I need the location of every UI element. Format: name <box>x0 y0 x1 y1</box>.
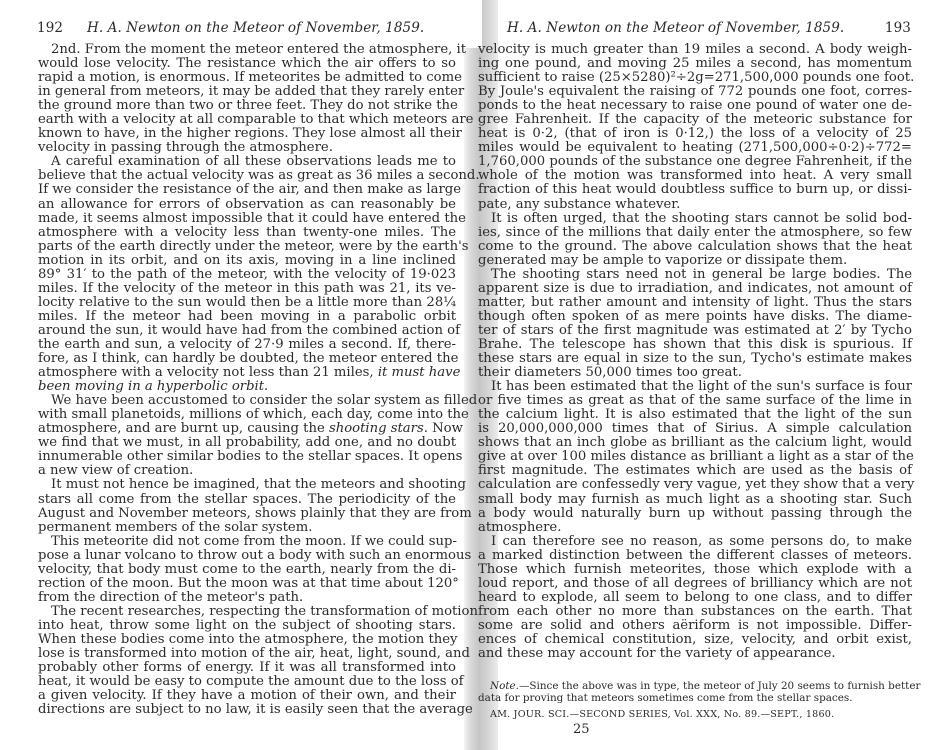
page-number: 193 <box>885 20 911 36</box>
paragraph: This meteorite did not come from the moo… <box>38 535 456 605</box>
text-line: small body may furnish as much light as … <box>478 493 912 507</box>
paragraph: I can therefore see no reason, as some p… <box>478 535 912 661</box>
text-line: in general from meteors, it may be added… <box>38 85 456 99</box>
text-line: rapid a motion, is enormous. If meteorit… <box>38 71 456 85</box>
text-line: atmosphere, and are burnt up, causing th… <box>38 422 456 436</box>
text-line: and these may account for the variety of… <box>478 647 912 661</box>
text-line: probably other forms of energy. If it wa… <box>38 661 456 675</box>
paragraph: It must not hence be imagined, that the … <box>38 478 456 534</box>
text-line: miles would be equivalent to heating (27… <box>478 141 912 155</box>
text-line: It is often urged, that the shooting sta… <box>478 212 912 226</box>
text-line: known to have, in the higher regions. Th… <box>38 127 456 141</box>
text-line: come to the ground. The above calculatio… <box>478 240 912 254</box>
text-line: parts of the earth directly under the me… <box>38 240 456 254</box>
text-line: By Joule's equivalent the raising of 772… <box>478 85 912 99</box>
text-line: the earth and sun, a velocity of 27·9 mi… <box>38 338 456 352</box>
paragraph: It is often urged, that the shooting sta… <box>478 212 912 268</box>
text-line: stars all come from the stellar spaces. … <box>38 493 456 507</box>
text-line: into heat, throw some light on the subje… <box>38 619 456 633</box>
text-line: sufficient to raise (25×5280)²÷2g=271,50… <box>478 71 912 85</box>
text-line: ponds to the heat necessary to raise one… <box>478 99 912 113</box>
text-line: directions are subject to no law, it is … <box>38 703 456 717</box>
text-line: miles. If the meteor had been moving in … <box>38 310 456 324</box>
text-line: the calcium light. It is also estimated … <box>478 408 912 422</box>
footnote-label: Note. <box>490 680 519 692</box>
text-line: The shooting stars need not in general b… <box>478 268 912 282</box>
text-line: with small planetoids, millions of which… <box>38 408 456 422</box>
paragraph: We have been accustomed to consider the … <box>38 394 456 478</box>
text-line: first magnitude. The estimates which are… <box>478 464 912 478</box>
text-line: rection of the moon. But the moon was at… <box>38 577 456 591</box>
text-line: pose a lunar volcano to throw out a body… <box>38 549 456 563</box>
text-line: a new view of creation. <box>38 464 456 478</box>
text-line: a body would naturally burn up without p… <box>478 507 912 521</box>
paragraph: velocity is much greater than 19 miles a… <box>478 43 912 212</box>
text-line: their diameters 50,000 times too great. <box>478 366 912 380</box>
text-line: This meteorite did not come from the moo… <box>38 535 456 549</box>
right-page-body: velocity is much greater than 19 miles a… <box>478 43 912 661</box>
text-line: though often spoken of as mere points ha… <box>478 310 912 324</box>
paragraph: The shooting stars need not in general b… <box>478 268 912 380</box>
text-line: pate, any substance whatever. <box>478 198 912 212</box>
footnote-line: Note.—Since the above was in type, the m… <box>478 680 912 692</box>
text-line: heat, it would be easy to compute the am… <box>38 675 456 689</box>
text-line: locity relative to the sun would then be… <box>38 296 456 310</box>
text-line: atmosphere with a velocity not less than… <box>38 366 456 380</box>
text-line: fore, as I think, can hardly be doubted,… <box>38 352 456 366</box>
text-line: made, it seems almost impossible that it… <box>38 212 456 226</box>
paragraph: The recent researches, respecting the tr… <box>38 605 456 717</box>
footnote-line: data for proving that meteors sometimes … <box>478 692 912 704</box>
signature-mark: 25 <box>573 722 590 737</box>
text-line: these stars are equal in size to the sun… <box>478 352 912 366</box>
text-line: matter, but rather amount and intensity … <box>478 296 912 310</box>
text-line: calculation are confessedly very vague, … <box>478 478 912 492</box>
running-title: H. A. Newton on the Meteor of November, … <box>87 20 424 36</box>
text-line: is 20,000,000,000 times that of Sirius. … <box>478 422 912 436</box>
text-line: ter of stars of the first magnitude was … <box>478 324 912 338</box>
text-line: fraction of this heat would doubtless su… <box>478 183 912 197</box>
text-line: gree Fahrenheit. If the capacity of the … <box>478 113 912 127</box>
text-line: When these bodies come into the atmosphe… <box>38 633 456 647</box>
text-line: Brahe. The telescope has shown that this… <box>478 338 912 352</box>
text-line: velocity is much greater than 19 miles a… <box>478 43 912 57</box>
text-line: ences of chemical constitution, size, ve… <box>478 633 912 647</box>
text-line: loud report, and those of all degrees of… <box>478 577 912 591</box>
text-line: 89° 31′ to the path of the meteor, with … <box>38 268 456 282</box>
text-line: ies, since of the millions that daily en… <box>478 226 912 240</box>
text-line: Those which furnish meteorites, those wh… <box>478 563 912 577</box>
text-line: heard to explode, all seem to belong to … <box>478 591 912 605</box>
text-line: whole of the motion was transformed into… <box>478 169 912 183</box>
journal-footer: AM. JOUR. SCI.—SECOND SERIES, Vol. XXX, … <box>490 709 834 720</box>
text-line: from each other no more than substances … <box>478 605 912 619</box>
text-line: an allowance for errors of observation a… <box>38 198 456 212</box>
right-running-head: H. A. Newton on the Meteor of November, … <box>507 20 911 36</box>
left-page-body: 2nd. From the moment the meteor entered … <box>38 43 456 717</box>
text-line: generated may be ample to vaporize or di… <box>478 254 912 268</box>
footnote: Note.—Since the above was in type, the m… <box>478 680 912 704</box>
text-line: atmosphere. <box>478 521 912 535</box>
text-line: the ground more than two or three feet. … <box>38 99 456 113</box>
text-line: earth with a velocity at all comparable … <box>38 113 456 127</box>
left-running-head: 192H. A. Newton on the Meteor of Novembe… <box>37 20 477 36</box>
text-line: give at over 100 miles distance as brill… <box>478 450 912 464</box>
text-line: miles. If the velocity of the meteor in … <box>38 282 456 296</box>
paragraph: A careful examination of all these obser… <box>38 155 456 394</box>
text-line: believe that the actual velocity was as … <box>38 169 456 183</box>
text-line: August and November meteors, shows plain… <box>38 507 456 521</box>
text-line: a marked distinction between the differe… <box>478 549 912 563</box>
text-line: shows that an inch globe as brilliant as… <box>478 436 912 450</box>
text-line: velocity in passing through the atmosphe… <box>38 141 456 155</box>
text-line: lose is transformed into motion of the a… <box>38 647 456 661</box>
paragraph: It has been estimated that the light of … <box>478 380 912 535</box>
text-line: permanent members of the solar system. <box>38 521 456 535</box>
text-line: It has been estimated that the light of … <box>478 380 912 394</box>
text-line: A careful examination of all these obser… <box>38 155 456 169</box>
text-line: or five times as great as that of the sa… <box>478 394 912 408</box>
text-line: heat is 0·2, (that of iron is 0·12,) the… <box>478 127 912 141</box>
text-line: The recent researches, respecting the tr… <box>38 605 456 619</box>
text-line: atmosphere with a velocity less than twe… <box>38 226 456 240</box>
text-line: we find that we must, in all probability… <box>38 436 456 450</box>
text-line: around the sun, it would have had from t… <box>38 324 456 338</box>
text-line: 1,760,000 pounds of the substance one de… <box>478 155 912 169</box>
text-line: some are solid and others aëriform is no… <box>478 619 912 633</box>
page-number: 192 <box>37 20 87 36</box>
text-line: If we consider the resistance of the air… <box>38 183 456 197</box>
text-line: apparent size is due to irradiation, and… <box>478 282 912 296</box>
text-line: We have been accustomed to consider the … <box>38 394 456 408</box>
text-line: I can therefore see no reason, as some p… <box>478 535 912 549</box>
text-line: 2nd. From the moment the meteor entered … <box>38 43 456 57</box>
text-line: innumerable other similar bodies to the … <box>38 450 456 464</box>
running-title: H. A. Newton on the Meteor of November, … <box>507 20 844 36</box>
text-line: motion in its orbit, and on its axis, mo… <box>38 254 456 268</box>
text-line: from the direction of the meteor's path. <box>38 591 456 605</box>
text-line: would lose velocity. The resistance whic… <box>38 57 456 71</box>
text-line: been moving in a hyperbolic orbit. <box>38 380 456 394</box>
text-line: It must not hence be imagined, that the … <box>38 478 456 492</box>
text-line: ing one pound, and moving 25 miles a sec… <box>478 57 912 71</box>
text-line: a given velocity. If they have a motion … <box>38 689 456 703</box>
text-line: velocity, that body must come to the ear… <box>38 563 456 577</box>
paragraph: 2nd. From the moment the meteor entered … <box>38 43 456 155</box>
